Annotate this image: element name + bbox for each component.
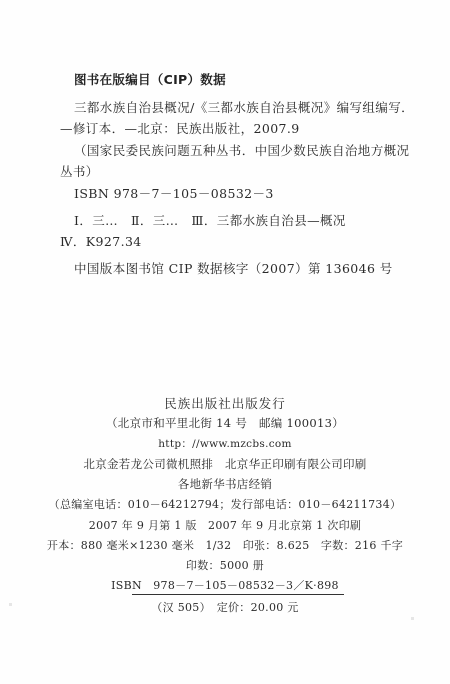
phone-numbers: （总编室电话：010－64212794；发行部电话：010－64211734） bbox=[0, 496, 450, 512]
cip-series-line: （国家民委民族问题五种丛书．中国少数民族自治地方概况 bbox=[74, 141, 409, 159]
isbn-number: ISBN 978－7－105－08532－3／K·898 bbox=[0, 577, 450, 593]
edition-info: 2007 年 9 月第 1 版 2007 年 9 月北京第 1 次印刷 bbox=[0, 517, 450, 533]
scan-speck bbox=[411, 617, 414, 620]
cip-edition-line: —修订本．—北京：民族出版社，2007.9 bbox=[60, 119, 300, 137]
cip-series-line-cont: 丛书） bbox=[60, 162, 99, 180]
typeset-print-info: 北京金若龙公司微机照排 北京华正印刷有限公司印刷 bbox=[0, 456, 450, 472]
cip-heading: 图书在版编目（CIP）数据 bbox=[74, 70, 226, 88]
publisher-address: （北京市和平里北街 14 号 邮编 100013） bbox=[0, 415, 450, 431]
cip-classification-line: Ⅳ．K927.34 bbox=[60, 232, 142, 250]
cip-isbn-line: ISBN 978－7－105－08532－3 bbox=[74, 184, 274, 202]
cip-record-number: 中国版本图书馆 CIP 数据核字（2007）第 136046 号 bbox=[74, 259, 393, 277]
price-info: （汉 505） 定价：20.00 元 bbox=[0, 599, 450, 615]
format-info: 开本：880 毫米×1230 毫米 1/32 印张：8.625 字数：216 千… bbox=[0, 537, 450, 553]
cip-subject-line: Ⅰ．三… Ⅱ．三… Ⅲ．三都水族自治县—概况 bbox=[74, 211, 346, 229]
cip-title-line: 三都水族自治县概况/《三都水族自治县概况》编写组编写． bbox=[74, 98, 414, 116]
print-run: 印数：5000 册 bbox=[0, 557, 450, 573]
scan-speck bbox=[9, 603, 12, 606]
publisher-name: 民族出版社出版发行 bbox=[0, 394, 450, 412]
publisher-website: http：//www.mzcbs.com bbox=[0, 436, 450, 451]
copyright-page: 图书在版编目（CIP）数据 三都水族自治县概况/《三都水族自治县概况》编写组编写… bbox=[0, 0, 450, 684]
distribution-info: 各地新华书店经销 bbox=[0, 476, 450, 492]
isbn-divider bbox=[132, 594, 344, 595]
